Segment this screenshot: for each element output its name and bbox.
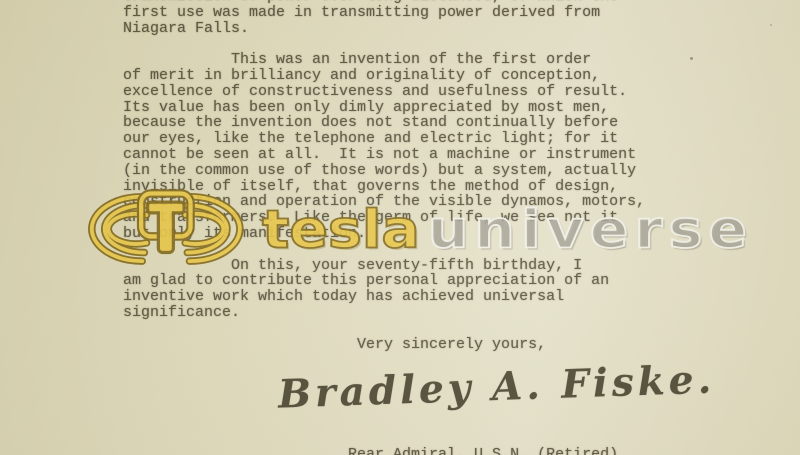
paper-speck	[690, 57, 693, 60]
typed-line: but only its manifestation.	[123, 226, 645, 242]
letter-document: transmission of power over long distance…	[0, 0, 800, 455]
typed-line: and transformers. Like the germ of life,…	[123, 210, 645, 226]
typed-line: because the invention does not stand con…	[123, 115, 645, 131]
typed-line	[123, 242, 645, 258]
typed-line: am glad to contribute this personal appr…	[123, 273, 645, 289]
typed-line: Its value has been only dimly appreciate…	[123, 100, 645, 116]
typed-line	[123, 416, 645, 432]
typed-line: Niagara Falls.	[123, 21, 645, 37]
typed-line	[123, 321, 645, 337]
typed-line	[123, 431, 645, 447]
typed-line: Very sincerely yours,	[123, 337, 645, 353]
typed-line: excellence of constructiveness and usefu…	[123, 84, 645, 100]
paper-speck	[770, 24, 772, 26]
typed-line: significance.	[123, 305, 645, 321]
typed-line: On this, your seventy-fifth birthday, I	[123, 258, 645, 274]
typed-line: Rear Admiral, U.S.N. (Retired)	[123, 447, 645, 455]
typed-line	[123, 36, 645, 52]
typed-line: construction and operation of the visibl…	[123, 194, 645, 210]
typed-line: first use was made in transmitting power…	[123, 5, 645, 21]
typed-line: cannot be seen at all. It is not a machi…	[123, 147, 645, 163]
typed-line: (in the common use of those words) but a…	[123, 163, 645, 179]
typed-line: our eyes, like the telephone and electri…	[123, 131, 645, 147]
typed-line: invisible of itself, that governs the me…	[123, 179, 645, 195]
typed-line: This was an invention of the first order	[123, 52, 645, 68]
typed-line: of merit in brilliancy and originality o…	[123, 68, 645, 84]
typed-line: inventive work which today has achieved …	[123, 289, 645, 305]
